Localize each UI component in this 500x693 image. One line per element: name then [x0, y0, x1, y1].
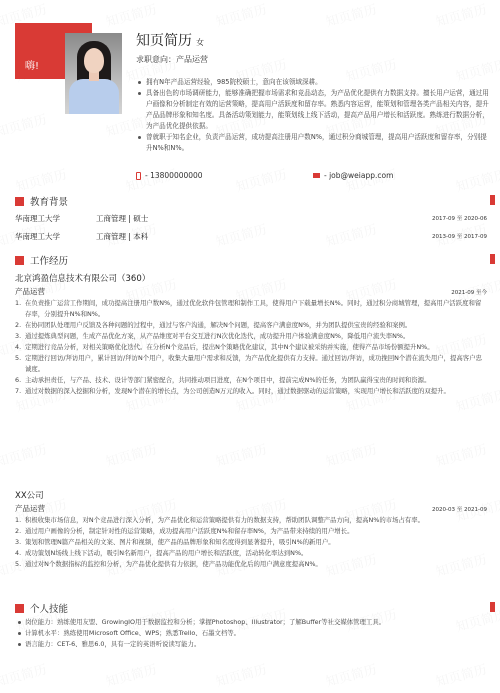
school-name: 华南理工大学: [15, 213, 60, 224]
avatar-photo: [65, 33, 122, 114]
watermark-text: 知页简历: [0, 109, 49, 141]
job-date: 2021-09 至今: [451, 288, 487, 296]
contact-info: - 13800000000 - job@weiapp.com: [136, 171, 491, 183]
profile-header: 知页简历女 求职意向：产品运营: [136, 30, 208, 65]
job-role: 产品运营: [15, 286, 45, 297]
education-date: 2017-09 至 2020-06: [432, 214, 487, 222]
watermark-text: 知页简历: [0, 439, 49, 471]
watermark-text: 知页简历: [433, 659, 488, 691]
job-achievements: 1.在负责推广运营工作期间，成功提高注册用户数N%，通过优化软件包管理和制作工具…: [15, 298, 487, 397]
email-address: - job@weiapp.com: [324, 171, 393, 180]
skills-list: 岗位能力：熟练使用友盟、GrowingIO用于数据监控和分析；掌握Photosh…: [15, 617, 487, 650]
achievement-item: 3.通过提炼典型问题，生成产品优化方案，从产品维度对平台交互进行N次优化迭代，成…: [15, 331, 487, 342]
major-degree: 工商管理 | 本科: [96, 231, 148, 242]
watermark-text: 知页简历: [323, 219, 378, 251]
section-tab-marker: [490, 195, 495, 205]
watermark-text: 知页简历: [103, 659, 158, 691]
job-intent: 求职意向：产品运营: [136, 54, 208, 65]
job-entry: XX公司 产品运营 2020-03 至 2021-09 1.积极收集市场信息，对…: [15, 489, 487, 570]
section-tab-marker: [490, 602, 495, 612]
watermark-text: 知页简历: [103, 0, 158, 30]
watermark-text: 知页简历: [323, 659, 378, 691]
mail-icon: [313, 173, 320, 178]
job-entry: 北京鸿盈信息技术有限公司（360） 产品运营 2021-09 至今 1.在负责推…: [15, 272, 487, 397]
phone-contact: - 13800000000: [136, 171, 203, 180]
phone-number: - 13800000000: [145, 171, 203, 180]
skill-item: 语言能力：CET-6、雅思6.0，具有一定的英语听说读写能力。: [15, 639, 487, 650]
summary-item: 拥有N年产品运营经验，985院校硕士，意向在该领域深耕。: [136, 77, 491, 88]
skill-item: 岗位能力：熟练使用友盟、GrowingIO用于数据监控和分析；掌握Photosh…: [15, 617, 487, 628]
watermark-text: 知页简历: [213, 659, 268, 691]
email-contact: - job@weiapp.com: [313, 171, 393, 180]
section-title: 教育背景: [30, 194, 68, 208]
achievement-item: 2.在协同团队处理用户反馈及各种问题的过程中，通过与客户沟通，解决N个问题，提高…: [15, 320, 487, 331]
section-tab-marker: [490, 254, 495, 264]
education-date: 2013-09 至 2017-09: [432, 232, 487, 240]
achievement-item: 7.通过对数据的深入挖掘和分析，发现N个潜在的增长点，为公司创造N万元的收入。同…: [15, 386, 487, 397]
achievement-item: 4.成功策划N场线上线下活动，吸引N名新用户，提高产品的用户增长和活跃度，活动转…: [15, 548, 487, 559]
section-title: 工作经历: [30, 253, 68, 267]
company-name: 北京鸿盈信息技术有限公司（360）: [15, 272, 487, 284]
achievement-item: 1.在负责推广运营工作期间，成功提高注册用户数N%，通过优化软件包管理和制作工具…: [15, 298, 487, 320]
watermark-text: 知页简历: [213, 0, 268, 30]
watermark-text: 知页简历: [13, 164, 68, 196]
watermark-text: 知页简历: [0, 659, 49, 691]
greeting-text: 嗨!: [25, 57, 39, 72]
watermark-text: 知页简历: [433, 0, 488, 30]
watermark-text: 知页简历: [323, 439, 378, 471]
achievement-item: 6.主动承担责任，与产品、技术、设计等部门紧密配合，共同推动项目进度，在N个项目…: [15, 375, 487, 386]
achievement-item: 1.积极收集市场信息，对N个竞品进行深入分析，为产品优化和运营策略提供有力的数据…: [15, 515, 487, 526]
candidate-name: 知页简历女: [136, 30, 208, 50]
watermark-text: 知页简历: [103, 439, 158, 471]
achievement-item: 5.通过对N个数据指标的监控和分析，为产品优化提供有力依据，使产品功能优化后的用…: [15, 559, 487, 570]
watermark-text: 知页简历: [433, 439, 488, 471]
section-title: 个人技能: [30, 601, 68, 615]
job-date: 2020-03 至 2021-09: [432, 505, 487, 513]
section-marker-icon: [15, 197, 24, 206]
watermark-text: 知页简历: [213, 219, 268, 251]
section-work: 工作经历: [15, 253, 68, 267]
skill-item: 计算机水平：熟练使用Microsoft Office、WPS；熟悉Trello、…: [15, 628, 487, 639]
summary-item: 具备出色的市场调研能力，能够准确把握市场需求和竞品动态，为产品优化提供有力数据支…: [136, 88, 491, 132]
job-role: 产品运营: [15, 503, 45, 514]
job-achievements: 1.积极收集市场信息，对N个竞品进行深入分析，为产品优化和运营策略提供有力的数据…: [15, 515, 487, 570]
achievement-item: 5.定期进行回访/拜访用户，累计回访/拜访N个用户，收集大量用户需求和反馈，为产…: [15, 353, 487, 375]
summary-list: 拥有N年产品运营经验，985院校硕士，意向在该领域深耕。 具备出色的市场调研能力…: [136, 77, 491, 154]
section-marker-icon: [15, 256, 24, 265]
section-education: 教育背景: [15, 194, 68, 208]
phone-icon: [136, 172, 141, 180]
watermark-text: 知页简历: [213, 439, 268, 471]
company-name: XX公司: [15, 489, 487, 501]
gender-label: 女: [196, 38, 204, 47]
major-degree: 工商管理 | 硕士: [96, 213, 148, 224]
achievement-item: 3.策划和管理N篇产品相关的文案、图片和视频，使产品的品牌形象和知名度得到显著提…: [15, 537, 487, 548]
achievement-item: 2.通过用户画像的分析，制定针对性的运营策略，成功提高用户活跃度N%和留存率N%…: [15, 526, 487, 537]
school-name: 华南理工大学: [15, 231, 60, 242]
watermark-text: 知页简历: [323, 0, 378, 30]
resume-page: 知页简历知页简历知页简历知页简历知页简历知页简历知页简历知页简历知页简历知页简历…: [0, 0, 500, 693]
section-skills: 个人技能: [15, 601, 68, 615]
section-marker-icon: [15, 604, 24, 613]
achievement-item: 4.定期进行竞品分析，对相关策略优化迭代。在分析N个竞品后，提出N个策略优化建议…: [15, 342, 487, 353]
summary-item: 曾就职于知名企业，负责产品运营，成功提高注册用户数N%，通过积分商城管理，提高用…: [136, 132, 491, 154]
